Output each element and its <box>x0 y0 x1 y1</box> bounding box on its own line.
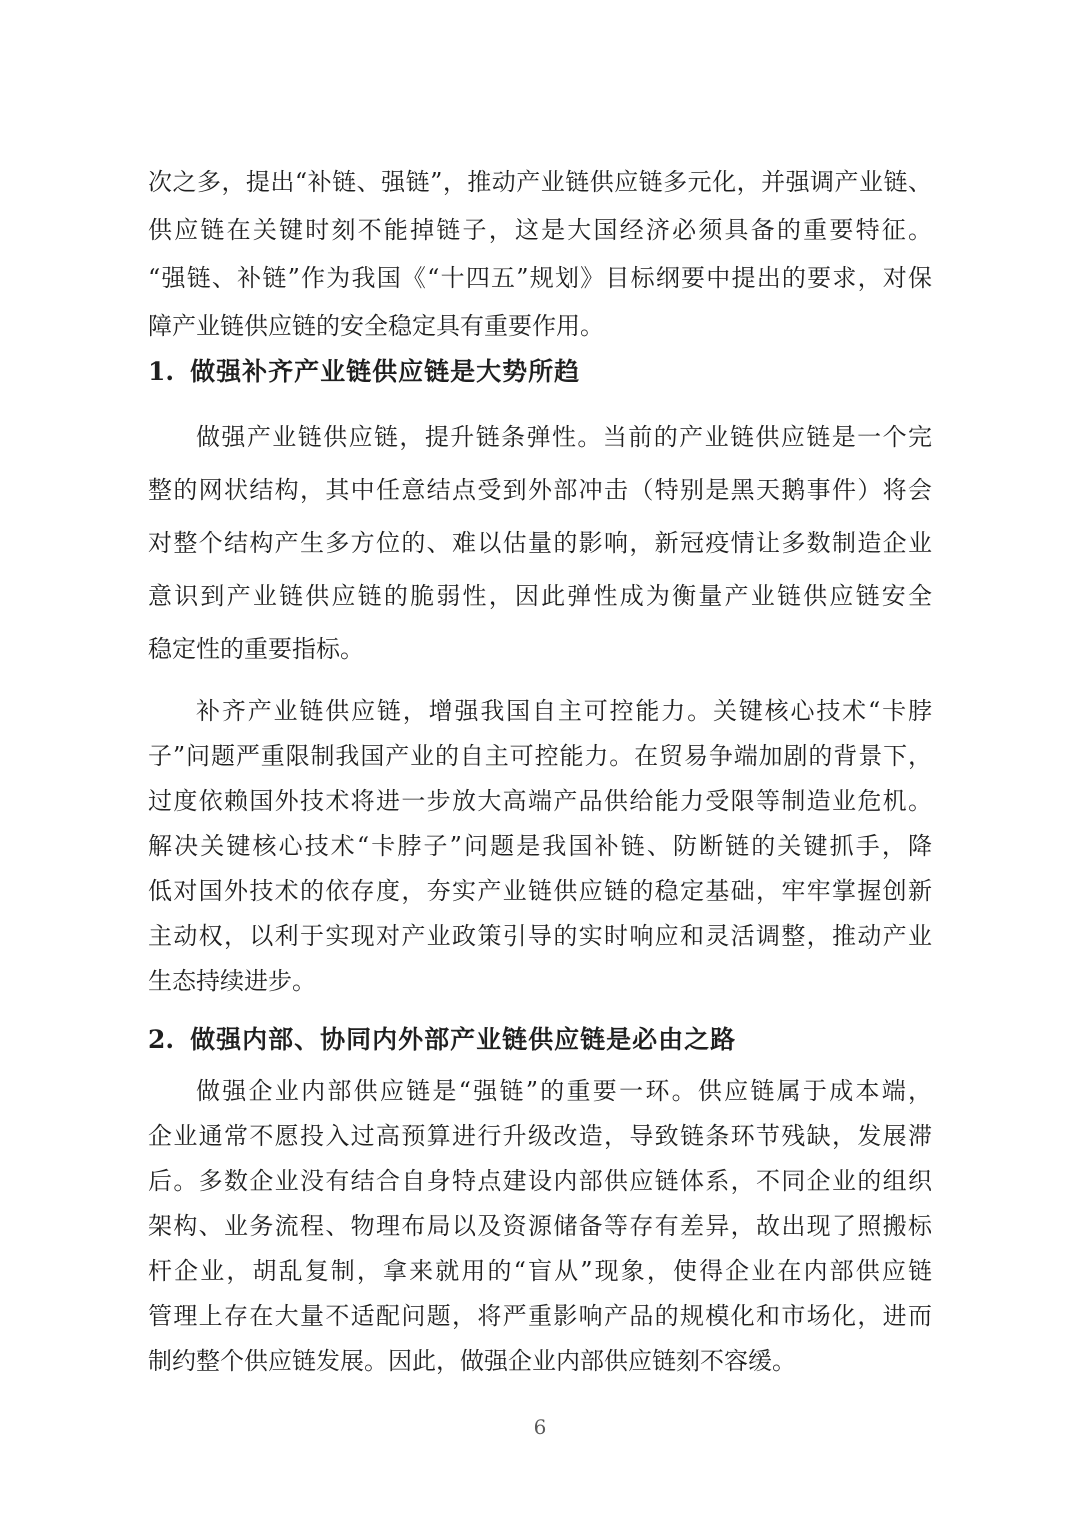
text-line: 障产业链供应链的安全稳定具有重要作用。 <box>148 302 932 350</box>
section-1-heading: 1.做强补齐产业链供应链是大势所趋 <box>148 355 932 389</box>
text-line: 稳定性的重要指标。 <box>148 623 932 676</box>
section-1-number: 1. <box>148 355 174 389</box>
text-line: 杆企业，胡乱复制，拿来就用的“盲从”现象，使得企业在内部供应链 <box>148 1249 932 1294</box>
section-2-number: 2. <box>148 1023 174 1057</box>
document-content: 次之多，提出“补链、强链”，推动产业链供应链多元化，并强调产业链、供应链在关键时… <box>0 158 1080 1441</box>
section-1-title: 做强补齐产业链供应链是大势所趋 <box>190 357 580 386</box>
text-line: 意识到产业链供应链的脆弱性，因此弹性成为衡量产业链供应链安全 <box>148 570 932 623</box>
page-number: 6 <box>148 1413 932 1441</box>
text-line: 整的网状结构，其中任意结点受到外部冲击（特别是黑天鹅事件）将会 <box>148 464 932 517</box>
section-2-paragraph-1: 做强企业内部供应链是“强链”的重要一环。供应链属于成本端，企业通常不愿投入过高预… <box>148 1069 932 1384</box>
text-line: 管理上存在大量不适配问题，将严重影响产品的规模化和市场化，进而 <box>148 1294 932 1339</box>
text-line: 供应链在关键时刻不能掉链子，这是大国经济必须具备的重要特征。 <box>148 206 932 254</box>
text-line: 子”问题严重限制我国产业的自主可控能力。在贸易争端加剧的背景下， <box>148 734 932 779</box>
intro-paragraph: 次之多，提出“补链、强链”，推动产业链供应链多元化，并强调产业链、供应链在关键时… <box>148 158 932 350</box>
text-line: 解决关键核心技术“卡脖子”问题是我国补链、防断链的关键抓手，降 <box>148 824 932 869</box>
text-line: 后。多数企业没有结合自身特点建设内部供应链体系，不同企业的组织 <box>148 1159 932 1204</box>
text-line: 做强产业链供应链，提升链条弹性。当前的产业链供应链是一个完 <box>148 411 932 464</box>
text-line: 制约整个供应链发展。因此，做强企业内部供应链刻不容缓。 <box>148 1339 932 1384</box>
text-line: 主动权，以利于实现对产业政策引导的实时响应和灵活调整，推动产业 <box>148 914 932 959</box>
document-page: 次之多，提出“补链、强链”，推动产业链供应链多元化，并强调产业链、供应链在关键时… <box>0 0 1080 1527</box>
text-line: “强链、补链”作为我国《“十四五”规划》目标纲要中提出的要求，对保 <box>148 254 932 302</box>
text-line: 生态持续进步。 <box>148 959 932 1004</box>
text-line: 次之多，提出“补链、强链”，推动产业链供应链多元化，并强调产业链、 <box>148 158 932 206</box>
section-2-title: 做强内部、协同内外部产业链供应链是必由之路 <box>190 1025 736 1054</box>
text-line: 做强企业内部供应链是“强链”的重要一环。供应链属于成本端， <box>148 1069 932 1114</box>
section-1-paragraph-2: 补齐产业链供应链，增强我国自主可控能力。关键核心技术“卡脖子”问题严重限制我国产… <box>148 689 932 1004</box>
text-line: 补齐产业链供应链，增强我国自主可控能力。关键核心技术“卡脖 <box>148 689 932 734</box>
section-1-paragraph-1: 做强产业链供应链，提升链条弹性。当前的产业链供应链是一个完整的网状结构，其中任意… <box>148 411 932 676</box>
text-line: 对整个结构产生多方位的、难以估量的影响，新冠疫情让多数制造企业 <box>148 517 932 570</box>
text-line: 架构、业务流程、物理布局以及资源储备等存有差异，故出现了照搬标 <box>148 1204 932 1249</box>
text-line: 过度依赖国外技术将进一步放大高端产品供给能力受限等制造业危机。 <box>148 779 932 824</box>
text-line: 企业通常不愿投入过高预算进行升级改造，导致链条环节残缺，发展滞 <box>148 1114 932 1159</box>
section-2-heading: 2.做强内部、协同内外部产业链供应链是必由之路 <box>148 1023 932 1057</box>
text-line: 低对国外技术的依存度，夯实产业链供应链的稳定基础，牢牢掌握创新 <box>148 869 932 914</box>
